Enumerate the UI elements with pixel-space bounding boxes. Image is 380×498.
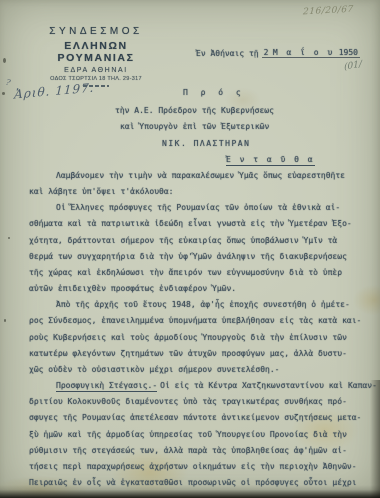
recipient-title-line1: τὴν Α.Ε. Πρόεδρον τῆς Κυβερνήσεως (115, 106, 274, 115)
paper-speck (2, 92, 5, 95)
org-address: ΟΔΟΣ ΤΣΩΡΤΣΙΛ 18 ΤΗΛ. 29-317 (30, 76, 162, 82)
body-line: σφυγες τῆς Ρουμανίας ἀπετέλεσαν πάντοτε … (29, 410, 368, 426)
body-line: σθήματα καὶ τὰ πατριωτικὰ ἰδεώδη εἶναι γ… (29, 216, 368, 232)
paper-speck (4, 319, 6, 322)
ink-query-mark: ? (5, 78, 11, 88)
org-seat: ΕΔΡΑ ΑΘΗΝΑΙ (30, 67, 162, 74)
page-edge-shadow-right (370, 380, 380, 498)
body-line: ροὺς Κυβερνήσεις καὶ τοὺς ἁρμοδίους Ὑπου… (29, 330, 368, 346)
body-line: Προσφυγικὴ Στέγασις.-Οἱ εἰς τὰ Κέντρα Χα… (29, 378, 368, 394)
archive-number-annotation: 216/20/67 (303, 5, 354, 18)
paper-speck (8, 237, 10, 239)
recipient-salutation: Π ρ ό ς (183, 88, 245, 97)
body-line: ξὺ ἡμῶν καὶ τῆς ἁρμοδίας ὑπηρεσίας τοῦ Ὑ… (29, 427, 368, 443)
recipient-name: ΝΙΚ. ΠΛΑΣΤΗΡΑΝ (162, 139, 250, 148)
recipient-location: Ἐ ν τ α ῦ θ α (226, 155, 315, 166)
recipient-title-line2: καὶ Ὑπουργὸν ἐπὶ τῶν Ἐξωτερικῶν (120, 122, 269, 131)
dateline-day: 2 (264, 48, 269, 57)
body-line: καὶ λάβητε ὑπ'ὄψει τ'ἀκόλουθα: (29, 184, 368, 200)
pencil-mark-annotation: (01/ (344, 59, 362, 72)
protocol-number-annotation: Ἀριθ. 1197. (14, 80, 95, 101)
body-line: τῆς χώρας καὶ ἐκδηλώσωσι τὴν ἄπειρόν των… (29, 265, 368, 281)
body-line: αὐτῶν ἐπιδειχθὲν προσφάτως ἐνδιαφέρον Ὑμ… (29, 281, 368, 297)
body-line: θερμά των συγχαρητήρια διὰ τὴν ὑφ'Ὑμῶν ἀ… (29, 249, 368, 265)
org-name-line1: ΣΥΝΔΕΣΜΟΣ (30, 26, 162, 37)
dateline-year: 1950 (339, 48, 358, 57)
body-line: ρος Σύνδεσμος, ἐπανειλημμένα ὑπομνήματα … (29, 313, 368, 329)
body-line: χῶς οὐδὲν τὸ οὐσιαστικὸν μέχρι σήμερον σ… (29, 362, 368, 378)
document-page: ΣΥΝΔΕΣΜΟΣ ΕΛΛΗΝΩΝ ΡΟΥΜΑΝΙΑΣ ΕΔΡΑ ΑΘΗΝΑΙ … (0, 0, 380, 498)
dateline-rule: 2 Μ α ΐ ο υ 1950 (262, 48, 360, 58)
page-edge-shadow-bottom (0, 485, 380, 498)
body-line: κατωτέρω φλεγόντων ζητημάτων τῶν ἀτυχῶν … (29, 346, 368, 362)
body-line: δριτίου Κολοκυνθοῦς διαμένοντες ὑπὸ τὰς … (29, 394, 368, 410)
dateline-prefix: Ἐν Ἀθήναις τῇ (196, 49, 259, 58)
body-line: Οἱ Ἕλληνες πρόσφυγες τῆς Ρουμανίας τῶν ὁ… (29, 200, 368, 216)
body-line: ρύθμισιν τῆς στεγάσεώς των, ἀλλὰ παρὰ τὰ… (29, 443, 368, 459)
letter-body: Λαμβάνομεν τὴν τιμὴν νὰ παρακαλέσωμεν Ὑμ… (29, 168, 368, 491)
body-line: τήσεις περὶ παραχωρήσεως ἀχρήστων οἰκημά… (29, 459, 368, 475)
dateline: Ἐν Ἀθήναις τῇ 2 Μ α ΐ ο υ 1950 (196, 48, 360, 58)
body-line: Λαμβάνομεν τὴν τιμὴν νὰ παρακαλέσωμεν Ὑμ… (29, 168, 368, 184)
paper-speck (3, 58, 6, 63)
body-line: χότητα, δράττονται σήμερον τῆς εὐκαιρίας… (29, 233, 368, 249)
letterhead: ΣΥΝΔΕΣΜΟΣ ΕΛΛΗΝΩΝ ΡΟΥΜΑΝΙΑΣ ΕΔΡΑ ΑΘΗΝΑΙ … (30, 26, 162, 87)
dateline-month: Μ α ΐ ο υ (273, 48, 334, 57)
body-line: Ἀπὸ τῆς ἀρχῆς τοῦ ἔτους 1948, ἀφ'ἧς ἐποχ… (29, 297, 368, 313)
org-name-line2: ΕΛΛΗΝΩΝ ΡΟΥΜΑΝΙΑΣ (30, 40, 162, 64)
body-paragraph-heading: Προσφυγικὴ Στέγασις.- (56, 381, 157, 392)
